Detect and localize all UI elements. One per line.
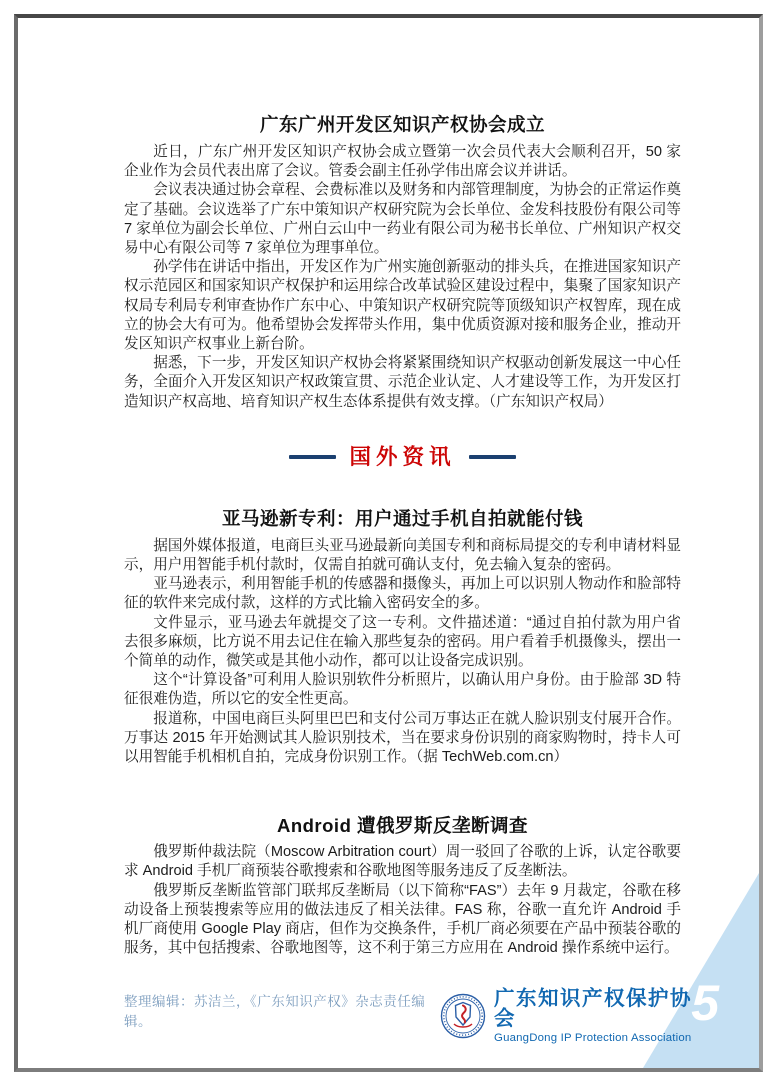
paragraph: 据国外媒体报道，电商巨头亚马逊最新向美国专利和商标局提交的专利申请材料显示，用户…	[124, 537, 681, 575]
section-divider: 国外资讯	[124, 444, 681, 470]
page-number: 5	[691, 978, 719, 1028]
page-frame: 广东广州开发区知识产权协会成立 近日，广东广州开发区知识产权协会成立暨第一次会员…	[14, 14, 763, 1072]
association-names: 广东知识产权保护协会 GuangDong IP Protection Assoc…	[494, 989, 703, 1044]
paragraph: 据悉，下一步，开发区知识产权协会将紧紧围绕知识产权驱动创新发展这一中心任务，全面…	[124, 354, 681, 412]
article-1-title: 广东广州开发区知识产权协会成立	[124, 115, 681, 135]
article-3-title: Android 遭俄罗斯反垄断调查	[124, 815, 681, 837]
divider-dash-left-icon	[289, 455, 336, 460]
article-2-title: 亚马逊新专利：用户通过手机自拍就能付钱	[124, 508, 681, 530]
article-1-body: 近日，广东广州开发区知识产权协会成立暨第一次会员代表大会顺利召开，50 家企业作…	[124, 143, 681, 412]
association-badge-icon	[440, 993, 486, 1039]
org-name-cn: 广东知识产权保护协会	[494, 989, 703, 1030]
paragraph: 会议表决通过协会章程、会费标准以及财务和内部管理制度，为协会的正常运作奠定了基础…	[124, 181, 681, 258]
page: 广东广州开发区知识产权协会成立 近日，广东广州开发区知识产权协会成立暨第一次会员…	[0, 0, 777, 1086]
association-brand: 广东知识产权保护协会 GuangDong IP Protection Assoc…	[440, 989, 703, 1044]
paragraph: 文件显示，亚马逊去年就提交了这一专利。文件描述道：“通过自拍付款为用户省去很多麻…	[124, 614, 681, 672]
paragraph: 亚马逊表示，利用智能手机的传感器和摄像头，再加上可以识别人物动作和脸部特征的软件…	[124, 575, 681, 613]
paragraph: 俄罗斯反垄断监管部门联邦反垄断局（以下简称“FAS”）去年 9 月裁定，谷歌在移…	[124, 882, 681, 959]
page-footer: 整理编辑：苏洁兰，《广东知识产权》杂志责任编辑。 广东知识产权保护协会 Guan…	[124, 989, 703, 1044]
paragraph: 这个“计算设备”可利用人脸识别软件分析照片，以确认用户身份。由于脸部 3D 特征…	[124, 671, 681, 709]
paragraph: 孙学伟在讲话中指出，开发区作为广州实施创新驱动的排头兵，在推进国家知识产权示范园…	[124, 258, 681, 354]
article-2-body: 据国外媒体报道，电商巨头亚马逊最新向美国专利和商标局提交的专利申请材料显示，用户…	[124, 537, 681, 767]
org-name-en: GuangDong IP Protection Association	[494, 1033, 703, 1044]
paragraph: 近日，广东广州开发区知识产权协会成立暨第一次会员代表大会顺利召开，50 家企业作…	[124, 143, 681, 181]
divider-dash-right-icon	[469, 455, 516, 460]
article-3-body: 俄罗斯仲裁法院（Moscow Arbitration court）周一驳回了谷歌…	[124, 843, 681, 958]
page-content: 广东广州开发区知识产权协会成立 近日，广东广州开发区知识产权协会成立暨第一次会员…	[18, 18, 759, 1068]
divider-label: 国外资讯	[349, 444, 455, 470]
paragraph: 俄罗斯仲裁法院（Moscow Arbitration court）周一驳回了谷歌…	[124, 843, 681, 881]
editor-note: 整理编辑：苏洁兰，《广东知识产权》杂志责任编辑。	[124, 990, 440, 1030]
paragraph: 报道称，中国电商巨头阿里巴巴和支付公司万事达正在就人脸识别支付展开合作。万事达 …	[124, 710, 681, 768]
